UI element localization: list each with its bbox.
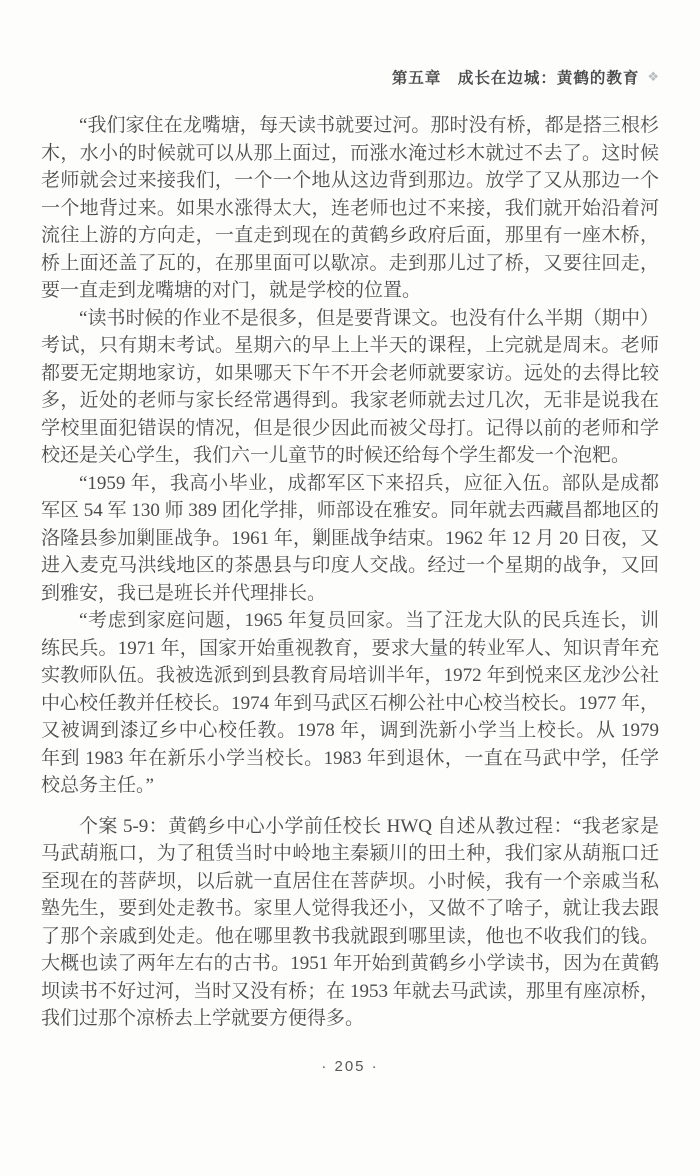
body-paragraph: “考虑到家庭问题，1965 年复员回家。当了汪龙大队的民兵连长，训练民兵。197… <box>41 607 659 800</box>
body-paragraph: “1959 年，我高小毕业，成都军区下来招兵，应征入伍。部队是成都军区 54 军… <box>41 470 659 608</box>
book-page: 第五章 成长在边城：黄鹤的教育 ❖ “我们家住在龙嘴塘，每天读书就要过河。那时没… <box>0 0 700 1176</box>
diamond-ornament-icon: ❖ <box>647 71 659 84</box>
body-paragraph: “读书时候的作业不是很多，但是要背课文。也没有什么半期（期中）考试，只有期末考试… <box>41 305 659 470</box>
case-study-paragraph: 个案 5-9：黄鹤乡中心小学前任校长 HWQ 自述从教过程：“我老家是马武葫瓶口… <box>41 813 659 1033</box>
chapter-title: 第五章 成长在边城：黄鹤的教育 <box>392 66 640 88</box>
body-paragraph: “我们家住在龙嘴塘，每天读书就要过河。那时没有桥，都是搭三根杉木，水小的时候就可… <box>41 112 659 305</box>
running-header: 第五章 成长在边城：黄鹤的教育 ❖ <box>41 66 659 88</box>
page-number: · 205 · <box>0 1058 700 1075</box>
page-body: “我们家住在龙嘴塘，每天读书就要过河。那时没有桥，都是搭三根杉木，水小的时候就可… <box>41 112 659 1033</box>
